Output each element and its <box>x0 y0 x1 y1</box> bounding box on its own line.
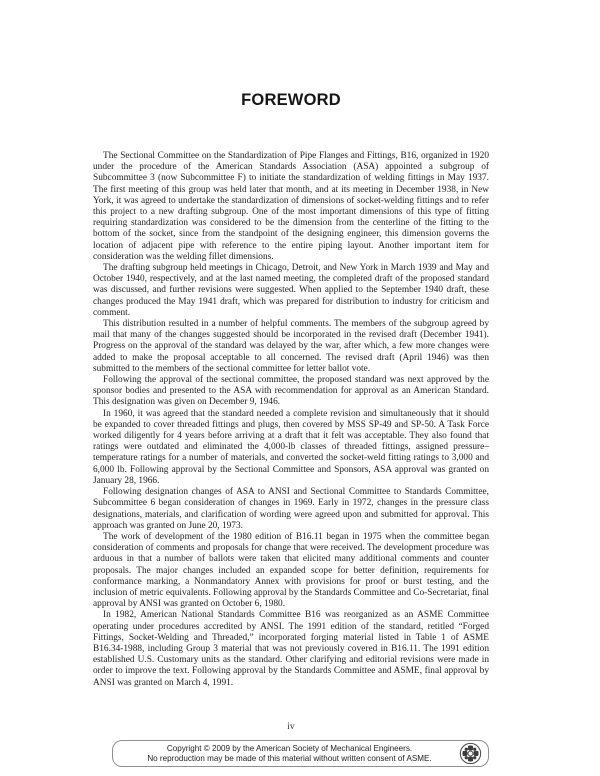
paragraph: In 1960, it was agreed that the standard… <box>93 409 489 487</box>
page-number: iv <box>93 722 489 732</box>
copyright-notice-box: Copyright © 2009 by the American Society… <box>112 740 489 767</box>
copyright-line-2: No reproduction may be made of this mate… <box>123 754 456 764</box>
paragraph: Following designation changes of ASA to … <box>93 487 489 532</box>
page-title: FOREWORD <box>93 91 489 110</box>
paragraph: The drafting subgroup held meetings in C… <box>93 263 489 319</box>
paragraph: The Sectional Committee on the Standardi… <box>93 151 489 263</box>
copyright-line-1: Copyright © 2009 by the American Society… <box>123 744 456 754</box>
foreword-body: The Sectional Committee on the Standardi… <box>93 151 489 689</box>
copyright-text: Copyright © 2009 by the American Society… <box>123 744 456 764</box>
asme-gear-logo-icon <box>456 742 482 766</box>
paragraph: In 1982, American National Standards Com… <box>93 610 489 688</box>
paragraph: Following the approval of the sectional … <box>93 375 489 409</box>
document-page: FOREWORD The Sectional Committee on the … <box>0 0 600 776</box>
paragraph: This distribution resulted in a number o… <box>93 319 489 375</box>
paragraph: The work of development of the 1980 edit… <box>93 532 489 610</box>
